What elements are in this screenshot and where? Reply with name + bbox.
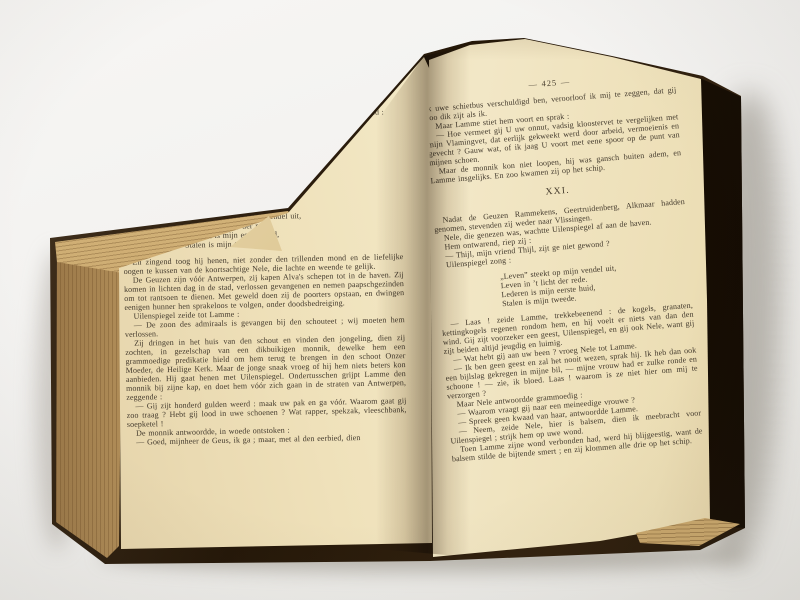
verse-stanza: „Leven” steekt op mijn vendel uit, Leven… bbox=[500, 258, 692, 308]
right-page-text: — 425 — ik uwe schietbus verschuldigd be… bbox=[423, 69, 703, 463]
paragraph: De Geuzen zijn vóór Antwerpen, zij kapen… bbox=[124, 270, 405, 312]
verse-line: Stalen is mijn tweede. bbox=[183, 150, 401, 164]
left-page-number: — 424 — bbox=[120, 91, 400, 106]
verse-stanza: Laat de dood, de leelijke, wreede, Loere… bbox=[184, 166, 403, 207]
book-photo: — 424 — Uilenspiegel een lafaard is en e… bbox=[0, 0, 800, 600]
paragraph: Uilenspiegel een lafaard is en een verra… bbox=[146, 107, 400, 121]
paragraph: Zij dringen in het huis van den schout e… bbox=[125, 333, 406, 402]
left-page-text: — 424 — Uilenspiegel een lafaard is en e… bbox=[120, 91, 407, 447]
verse-stanza: IJzeren is mijn harentuit, Daar schutte … bbox=[183, 123, 402, 164]
